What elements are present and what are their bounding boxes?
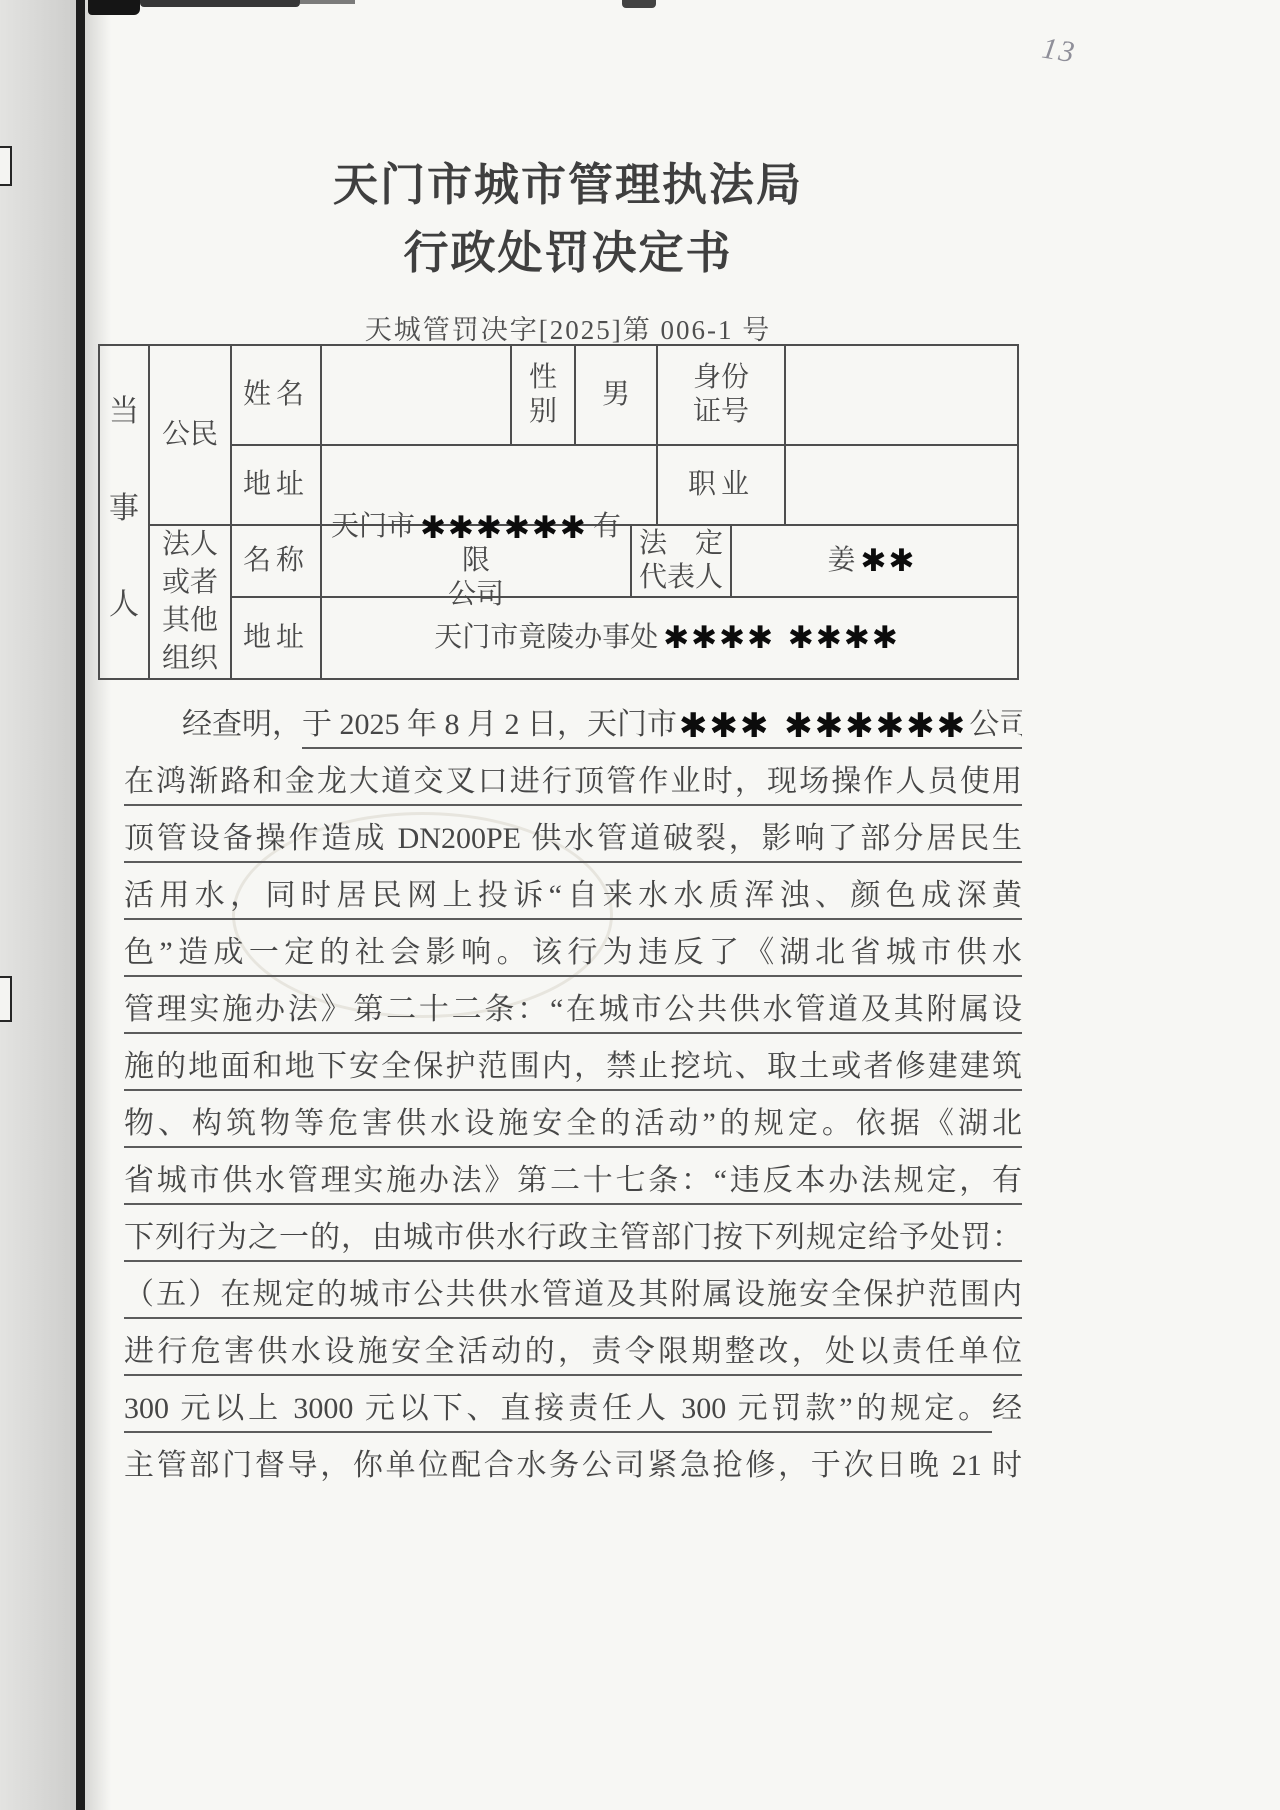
binding-spine-line [76, 0, 85, 1810]
party-info-table: 当 事 人 公民 姓名 性 别 [98, 344, 1019, 680]
party-header-cell: 当 事 人 [100, 346, 150, 678]
legal-rep-label-line: 法 定 [639, 527, 723, 561]
paragraph-indent [124, 733, 182, 734]
legal-rep-label-line: 代表人 [639, 561, 723, 595]
masked-org-name: ✱✱✱✱✱✱ [420, 510, 588, 546]
body-text-underlined: 进行危害供水设施安全活动的，责令限期整改，处以责任单位 [124, 1335, 1022, 1376]
body-text-plain: 经查明， [182, 708, 302, 741]
org-label-line: 其他 [162, 602, 218, 640]
body-text-underlined: 色”造成一定的社会影响。该行为违反了《湖北省城市供水 [124, 936, 1022, 977]
org-name-label-cell: 名称 [232, 526, 322, 596]
org-label-line: 或者 [162, 564, 218, 602]
id-number-value-cell [786, 346, 1017, 444]
org-address-label-cell: 地址 [232, 598, 322, 678]
underlined-text: 于 2025 年 8 月 2 日，天门市✱✱✱ ✱✱✱✱✱✱公司 [302, 708, 1022, 749]
body-text-underlined: 活用水，同时居民网上投诉“自来水水质浑浊、颜色成深黄 [124, 879, 1022, 920]
id-number-label-cell: 身份 证号 [658, 346, 786, 444]
body-line: 物、构筑物等危害供水设施安全的活动”的规定。依据《湖北 [124, 1098, 1022, 1155]
body-line: 进行危害供水设施安全活动的，责令限期整改，处以责任单位 [124, 1326, 1022, 1383]
org-name-line: 天门市✱✱✱✱✱✱有限 [322, 510, 630, 578]
party-char: 事 [109, 483, 139, 527]
organization-rows: 名称 天门市✱✱✱✱✱✱有限 公司 法 定 代表人 [232, 526, 1017, 678]
body-line: 活用水，同时居民网上投诉“自来水水质浑浊、颜色成深黄 [124, 870, 1022, 927]
decision-body: 经查明，于 2025 年 8 月 2 日，天门市✱✱✱ ✱✱✱✱✱✱公司 在鸿渐… [124, 699, 1022, 1497]
body-line: 施的地面和地下安全保护范围内，禁止挖坑、取土或者修建建筑 [124, 1041, 1022, 1098]
party-table-body: 公民 姓名 性 别 男 身份 [150, 346, 1017, 678]
organization-row-1: 名称 天门市✱✱✱✱✱✱有限 公司 法 定 代表人 [232, 526, 1017, 598]
occupation-label-cell: 职业 [658, 446, 786, 524]
body-line: 在鸿渐路和金龙大道交叉口进行顶管作业时，现场操作人员使用 [124, 756, 1022, 813]
body-text-underlined: 省城市供水管理实施办法》第二十七条：“违反本办法规定，有 [124, 1164, 1022, 1205]
body-text-underlined: 管理实施办法》第二十二条：“在城市公共供水管道及其附属设 [124, 993, 1022, 1034]
masked-org-address: ✱✱✱✱ ✱✱✱✱ [663, 623, 900, 654]
occupation-value-cell [786, 446, 1017, 524]
party-char: 当 [109, 386, 139, 430]
body-text-plain: 主管部门督导，你单位配合水务公司紧急抢修，于次日晚 21 时 [124, 1449, 1022, 1482]
citizen-section: 公民 姓名 性 别 男 身份 [150, 346, 1017, 526]
agency-title: 天门市城市管理执法局 [88, 148, 1048, 213]
body-text-underlined: 顶管设备操作造成 DN200PE 供水管道破裂，影响了部分居民生 [124, 822, 1022, 863]
gender-value-cell: 男 [576, 346, 658, 444]
citizen-group-label: 公民 [150, 346, 232, 524]
body-line: 300 元以上 3000 元以下、直接责任人 300 元罚款”的规定。经 [124, 1383, 1022, 1440]
organization-section: 法人 或者 其他 组织 名称 天门市✱✱✱✱✱✱有限 公司 [150, 526, 1017, 678]
binding-margin [0, 0, 78, 1810]
body-text-underlined: 下列行为之一的，由城市供水行政主管部门按下列规定给予处罚： [124, 1221, 1022, 1262]
org-address-prefix: 天门市竟陵办事处 [434, 621, 658, 655]
document-number: 天城管罚决字[2025]第 006-1 号 [88, 308, 1048, 347]
body-line: 色”造成一定的社会影响。该行为违反了《湖北省城市供水 [124, 927, 1022, 984]
legal-rep-surname: 姜 [828, 544, 856, 578]
org-name-prefix: 天门市 [331, 511, 415, 542]
citizen-label-text: 公民 [162, 416, 218, 454]
body-text-plain: 经 [992, 1392, 1022, 1425]
gender-label-line: 别 [529, 395, 557, 429]
body-line: 下列行为之一的，由城市供水行政主管部门按下列规定给予处罚： [124, 1212, 1022, 1269]
masked-company-name: ✱✱✱ ✱✱✱✱✱✱ [679, 706, 967, 746]
body-text-underlined: 公司 [969, 708, 1022, 741]
organization-row-2: 地址 天门市竟陵办事处✱✱✱✱ ✱✱✱✱ [232, 598, 1017, 678]
org-address-value-cell: 天门市竟陵办事处✱✱✱✱ ✱✱✱✱ [322, 598, 1017, 678]
legal-rep-value-cell: 姜✱✱ [732, 526, 1017, 596]
body-text-underlined: 物、构筑物等危害供水设施安全的活动”的规定。依据《湖北 [124, 1107, 1022, 1148]
body-text-underlined: 300 元以上 3000 元以下、直接责任人 300 元罚款”的规定。 [124, 1392, 992, 1433]
punch-hole-mark [0, 976, 12, 1022]
body-line: 顶管设备操作造成 DN200PE 供水管道破裂，影响了部分居民生 [124, 813, 1022, 870]
name-label-cell: 姓名 [232, 346, 322, 444]
body-text-underlined: 于 2025 年 8 月 2 日，天门市 [302, 708, 677, 741]
org-group-label: 法人 或者 其他 组织 [150, 526, 232, 678]
party-char: 人 [109, 579, 139, 623]
gender-label-line: 性 [529, 361, 557, 395]
citizen-address-label-cell: 地址 [232, 446, 322, 524]
punch-hole-mark [0, 146, 12, 186]
id-label-line: 身份 [693, 361, 749, 395]
body-text-underlined: 在鸿渐路和金龙大道交叉口进行顶管作业时，现场操作人员使用 [124, 765, 1022, 806]
org-label-line: 法人 [162, 526, 218, 564]
body-line: 省城市供水管理实施办法》第二十七条：“违反本办法规定，有 [124, 1155, 1022, 1212]
org-name-value-cell: 天门市✱✱✱✱✱✱有限 公司 [322, 526, 632, 596]
body-line: 主管部门督导，你单位配合水务公司紧急抢修，于次日晚 21 时 [124, 1440, 1022, 1497]
masked-legal-rep-name: ✱✱ [861, 546, 917, 577]
body-line: （五）在规定的城市公共供水管道及其附属设施安全保护范围内 [124, 1269, 1022, 1326]
document-title: 行政处罚决定书 [88, 216, 1048, 281]
legal-rep-label-cell: 法 定 代表人 [632, 526, 732, 596]
name-value-cell [322, 346, 512, 444]
body-text-underlined: （五）在规定的城市公共供水管道及其附属设施安全保护范围内 [124, 1278, 1022, 1319]
citizen-row-1: 姓名 性 别 男 身份 证号 [232, 346, 1017, 446]
citizen-rows: 姓名 性 别 男 身份 证号 [232, 346, 1017, 524]
body-line: 管理实施办法》第二十二条：“在城市公共供水管道及其附属设 [124, 984, 1022, 1041]
gender-label-cell: 性 别 [512, 346, 576, 444]
org-label-line: 组织 [162, 640, 218, 678]
scanned-document: 13 天门市城市管理执法局 行政处罚决定书 天城管罚决字[2025]第 006-… [0, 0, 1280, 1810]
page-content-layer: 天门市城市管理执法局 行政处罚决定书 天城管罚决字[2025]第 006-1 号… [85, 0, 1280, 1810]
body-text-underlined: 施的地面和地下安全保护范围内，禁止挖坑、取土或者修建建筑 [124, 1050, 1022, 1091]
id-label-line: 证号 [693, 395, 749, 429]
body-line: 经查明，于 2025 年 8 月 2 日，天门市✱✱✱ ✱✱✱✱✱✱公司 [124, 699, 1022, 756]
